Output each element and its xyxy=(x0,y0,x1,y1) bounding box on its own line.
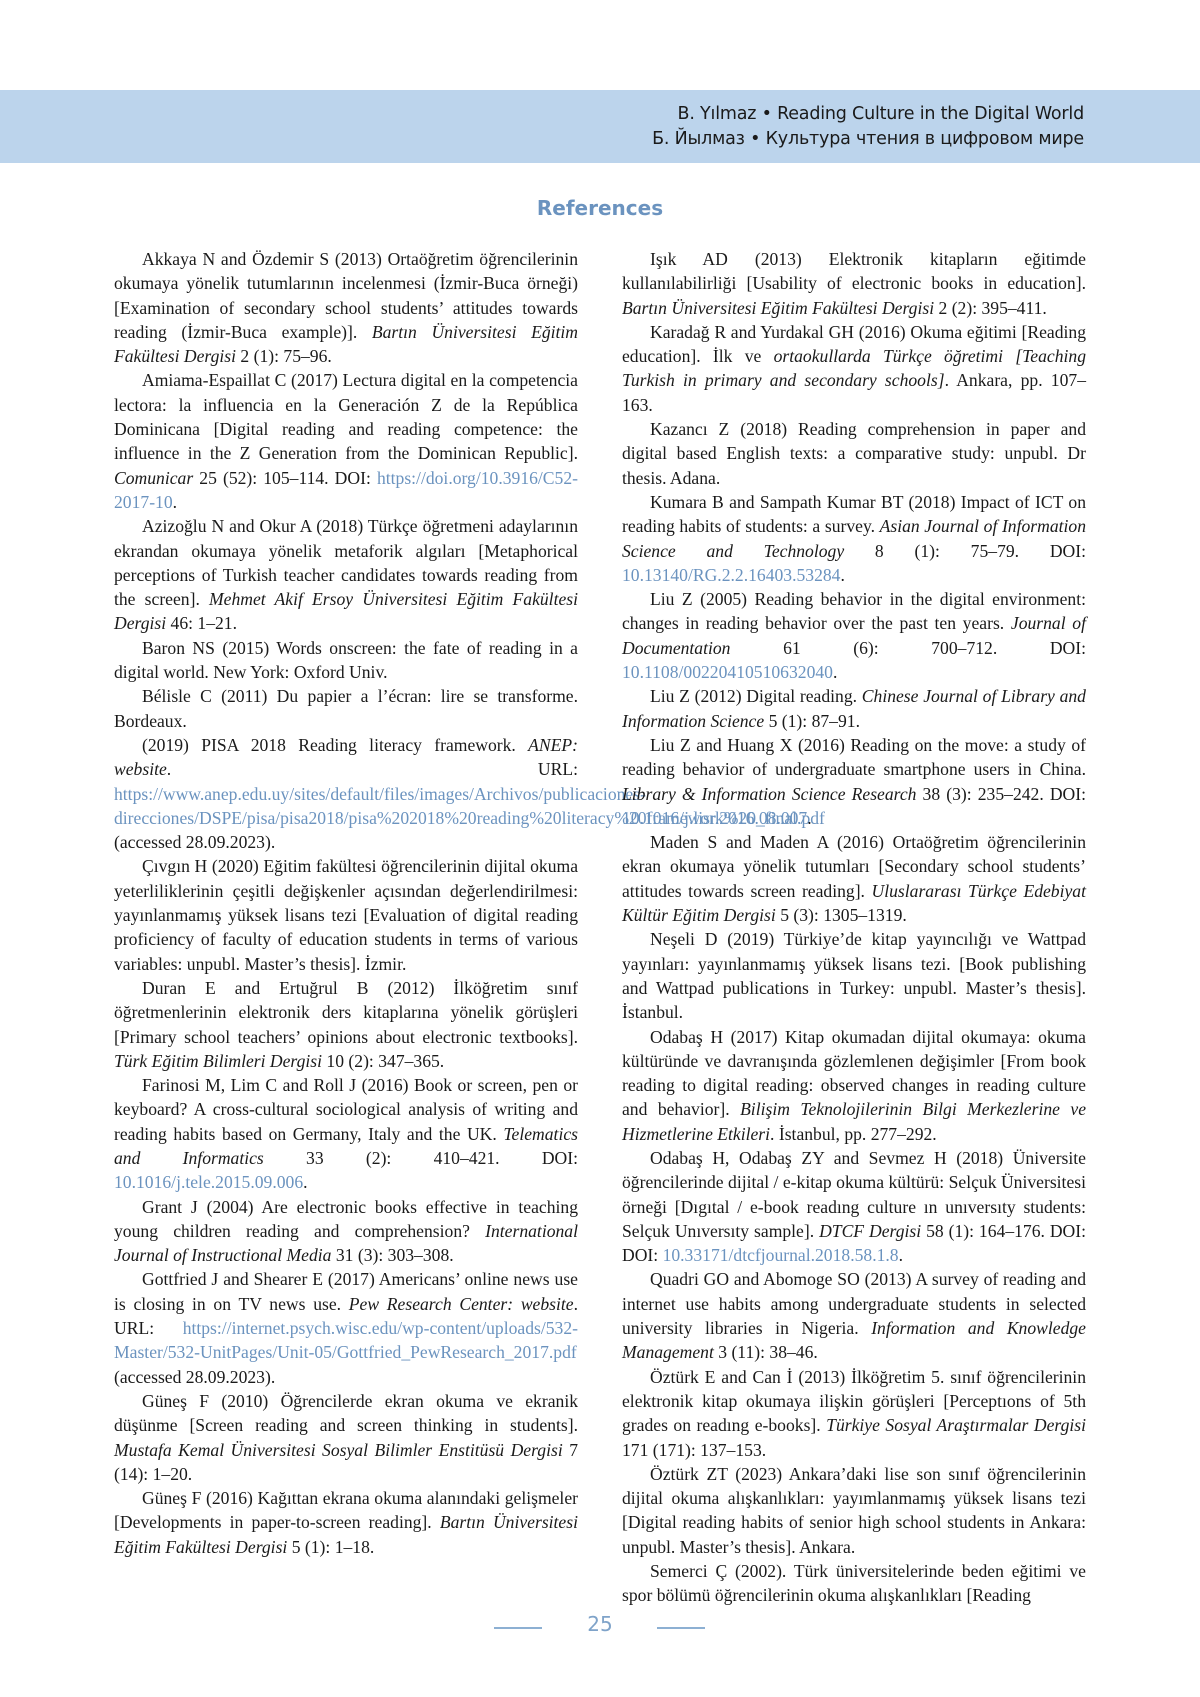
reference-text: Bélisle C (2011) Du papier a l’écran: li… xyxy=(114,686,578,730)
reference-link[interactable]: 10.33171/dtcfjournal.2018.58.1.8 xyxy=(663,1245,899,1265)
reference-text: . xyxy=(807,808,811,828)
reference-source-title: Türkiye Sosyal Araştırmalar Dergisi xyxy=(826,1415,1086,1435)
reference-text: . URL: xyxy=(167,759,578,779)
reference-text: . xyxy=(303,1172,307,1192)
reference-entry: Azizoğlu N and Okur A (2018) Türkçe öğre… xyxy=(114,514,578,635)
reference-text: 2 (2): 395–411. xyxy=(934,298,1047,318)
reference-entry: Duran E and Ertuğrul B (2012) İlköğretim… xyxy=(114,976,578,1073)
reference-text: 5 (1): 87–91. xyxy=(764,711,860,731)
page-number: 25 xyxy=(0,1612,1200,1636)
reference-entry: Odabaş H, Odabaş ZY and Sevmez H (2018) … xyxy=(622,1146,1086,1267)
reference-text: 8 (1): 75–79. DOI: xyxy=(844,541,1086,561)
running-header: B. Yılmaz • Reading Culture in the Digit… xyxy=(0,90,1200,163)
reference-entry: Güneş F (2010) Öğrencilerde ekran okuma … xyxy=(114,1389,578,1486)
reference-text: 5 (1): 1–18. xyxy=(287,1537,374,1557)
reference-link[interactable]: 10.1108/00220410510632040 xyxy=(622,662,833,682)
reference-text: (accessed 28.09.2023). xyxy=(114,832,275,852)
reference-entry: Kumara B and Sampath Kumar BT (2018) Imp… xyxy=(622,490,1086,587)
header-title-russian: Б. Йылмаз • Культура чтения в цифровом м… xyxy=(652,127,1084,152)
reference-text: Öztürk ZT (2023) Ankara’daki lise son sı… xyxy=(622,1464,1086,1557)
reference-entry: Liu Z (2005) Reading behavior in the dig… xyxy=(622,587,1086,684)
reference-text: Liu Z and Huang X (2016) Reading on the … xyxy=(622,735,1086,779)
reference-text: Duran E and Ertuğrul B (2012) İlköğretim… xyxy=(114,978,578,1047)
reference-text: 31 (3): 303–308. xyxy=(331,1245,453,1265)
references-column-right: Işık AD (2013) Elektronik kitapların eği… xyxy=(622,247,1086,1608)
reference-source-title: Library & Information Science Research xyxy=(622,784,916,804)
reference-entry: Öztürk E and Can İ (2013) İlköğretim 5. … xyxy=(622,1365,1086,1462)
reference-text: 61 (6): 700–712. DOI: xyxy=(730,638,1086,658)
reference-link[interactable]: 10.1016/j.lisr.2016.08.007 xyxy=(622,808,807,828)
reference-entry: Bélisle C (2011) Du papier a l’écran: li… xyxy=(114,684,578,733)
reference-text: 2 (1): 75–96. xyxy=(236,346,332,366)
reference-link[interactable]: 10.13140/RG.2.2.16403.53284 xyxy=(622,565,840,585)
reference-entry: Gottfried J and Shearer E (2017) America… xyxy=(114,1267,578,1388)
reference-text: Liu Z (2012) Digital reading. xyxy=(650,686,862,706)
reference-source-title: Bartın Üniversitesi Eğitim Fakültesi Der… xyxy=(622,298,934,318)
reference-text: 5 (3): 1305–1319. xyxy=(776,905,907,925)
reference-text: 46: 1–21. xyxy=(166,613,237,633)
reference-text: 171 (171): 137–153. xyxy=(622,1440,766,1460)
reference-entry: Amiama-Espaillat C (2017) Lectura digita… xyxy=(114,368,578,514)
reference-source-title: Comunicar xyxy=(114,468,193,488)
reference-entry: Çıvgın H (2020) Eğitim fakültesi öğrenci… xyxy=(114,854,578,975)
reference-entry: Liu Z (2012) Digital reading. Chinese Jo… xyxy=(622,684,1086,733)
reference-entry: (2019) PISA 2018 Reading literacy framew… xyxy=(114,733,578,854)
reference-text: Amiama-Espaillat C (2017) Lectura digita… xyxy=(114,370,578,463)
reference-entry: Baron NS (2015) Words onscreen: the fate… xyxy=(114,636,578,685)
footer-rule-right xyxy=(657,1627,705,1629)
reference-text: Çıvgın H (2020) Eğitim fakültesi öğrenci… xyxy=(114,856,578,973)
reference-entry: Güneş F (2016) Kağıttan ekrana okuma ala… xyxy=(114,1486,578,1559)
running-header-text: B. Yılmaz • Reading Culture in the Digit… xyxy=(652,102,1084,152)
reference-text: (accessed 28.09.2023). xyxy=(114,1367,275,1387)
reference-text: Kazancı Z (2018) Reading comprehension i… xyxy=(622,419,1086,488)
reference-entry: Kazancı Z (2018) Reading comprehension i… xyxy=(622,417,1086,490)
reference-link[interactable]: https://internet.psych.wisc.edu/wp-conte… xyxy=(114,1318,578,1362)
reference-text: . xyxy=(173,492,177,512)
reference-text: 25 (52): 105–114. DOI: xyxy=(193,468,377,488)
reference-text: Işık AD (2013) Elektronik kitapların eği… xyxy=(622,249,1086,293)
reference-entry: Odabaş H (2017) Kitap okumadan dijital o… xyxy=(622,1025,1086,1146)
reference-text: Neşeli D (2019) Türkiye’de kitap yayıncı… xyxy=(622,929,1086,1022)
reference-entry: Grant J (2004) Are electronic books effe… xyxy=(114,1195,578,1268)
reference-entry: Işık AD (2013) Elektronik kitapların eği… xyxy=(622,247,1086,320)
reference-entry: Farinosi M, Lim C and Roll J (2016) Book… xyxy=(114,1073,578,1194)
reference-entry: Öztürk ZT (2023) Ankara’daki lise son sı… xyxy=(622,1462,1086,1559)
reference-entry: Neşeli D (2019) Türkiye’de kitap yayıncı… xyxy=(622,927,1086,1024)
reference-text: . İstanbul, pp. 277–292. xyxy=(770,1124,937,1144)
header-title-english: B. Yılmaz • Reading Culture in the Digit… xyxy=(652,102,1084,127)
reference-source-title: Pew Research Center: website xyxy=(349,1294,574,1314)
reference-entry: Quadri GO and Abomoge SO (2013) A survey… xyxy=(622,1267,1086,1364)
reference-text: . xyxy=(833,662,837,682)
reference-text: 33 (2): 410–421. DOI: xyxy=(264,1148,578,1168)
reference-entry: Liu Z and Huang X (2016) Reading on the … xyxy=(622,733,1086,830)
reference-text: 3 (11): 38–46. xyxy=(714,1342,818,1362)
reference-entry: Karadağ R and Yurdakal GH (2016) Okuma e… xyxy=(622,320,1086,417)
page-footer: 25 xyxy=(0,1598,1200,1628)
reference-source-title: DTCF Dergisi xyxy=(819,1221,921,1241)
reference-text: Güneş F (2010) Öğrencilerde ekran okuma … xyxy=(114,1391,578,1435)
reference-text: (2019) PISA 2018 Reading literacy framew… xyxy=(142,735,528,755)
reference-text: . xyxy=(840,565,844,585)
reference-source-title: Türk Eğitim Bilimleri Dergisi xyxy=(114,1051,322,1071)
reference-entry: Akkaya N and Özdemir S (2013) Ortaöğreti… xyxy=(114,247,578,368)
references-heading: References xyxy=(0,196,1200,220)
references-column-left: Akkaya N and Özdemir S (2013) Ortaöğreti… xyxy=(114,247,578,1559)
reference-text: 38 (3): 235–242. DOI: xyxy=(916,784,1086,804)
reference-text: . xyxy=(899,1245,903,1265)
reference-source-title: Mustafa Kemal Üniversitesi Sosyal Biliml… xyxy=(114,1440,563,1460)
reference-entry: Maden S and Maden A (2016) Ortaöğretim ö… xyxy=(622,830,1086,927)
reference-text: 10 (2): 347–365. xyxy=(322,1051,444,1071)
reference-link[interactable]: 10.1016/j.tele.2015.09.006 xyxy=(114,1172,303,1192)
reference-text: Baron NS (2015) Words onscreen: the fate… xyxy=(114,638,578,682)
